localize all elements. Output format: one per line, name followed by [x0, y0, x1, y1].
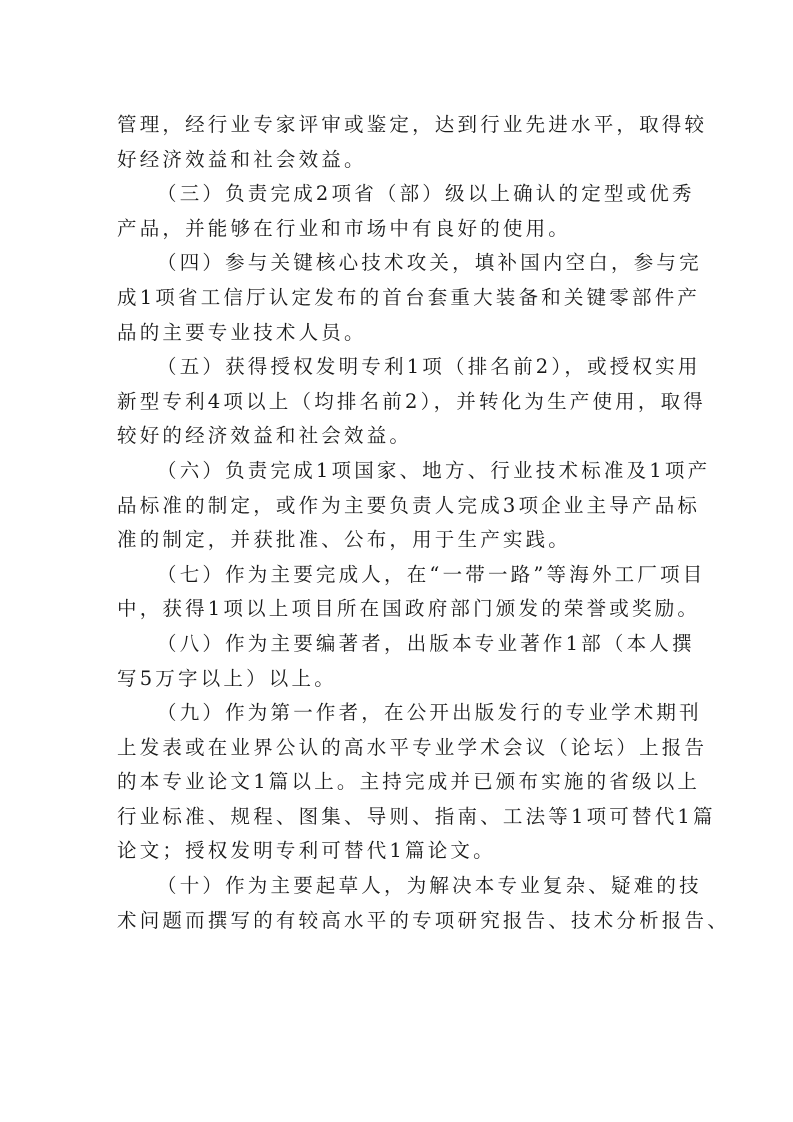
- text-line: 上发表或在业界公认的高水平专业学术会议（论坛）上报告: [117, 731, 677, 766]
- document-body: 管理，经行业专家评审或鉴定，达到行业先进水平，取得较 好经济效益和社会效益。 （…: [117, 108, 677, 938]
- paragraph-item-10: （十）作为主要起草人，为解决本专业复杂、疑难的技 术问题而撰写的有较高水平的专项…: [117, 869, 677, 938]
- text-line: 好经济效益和社会效益。: [117, 143, 677, 178]
- text-line: （四）参与关键核心技术攻关，填补国内空白，参与完: [117, 246, 677, 281]
- text-line: （五）获得授权发明专利1项（排名前2），或授权实用: [117, 350, 677, 385]
- text-line: （十）作为主要起草人，为解决本专业复杂、疑难的技: [117, 869, 677, 904]
- text-line: 术问题而撰写的有较高水平的专项研究报告、技术分析报告、: [117, 904, 677, 939]
- text-line: （七）作为主要完成人，在“一带一路”等海外工厂项目: [117, 558, 677, 593]
- document-page: 管理，经行业专家评审或鉴定，达到行业先进水平，取得较 好经济效益和社会效益。 （…: [0, 0, 793, 1122]
- text-line: （九）作为第一作者，在公开出版发行的专业学术期刊: [117, 696, 677, 731]
- text-line: 较好的经济效益和社会效益。: [117, 419, 677, 454]
- paragraph-item-5: （五）获得授权发明专利1项（排名前2），或授权实用 新型专利4项以上（均排名前2…: [117, 350, 677, 454]
- text-line: （八）作为主要编著者，出版本专业著作1部（本人撰: [117, 627, 677, 662]
- paragraph-item-3: （三）负责完成2项省（部）级以上确认的定型或优秀 产品，并能够在行业和市场中有良…: [117, 177, 677, 246]
- paragraph-item-9: （九）作为第一作者，在公开出版发行的专业学术期刊 上发表或在业界公认的高水平专业…: [117, 696, 677, 869]
- text-line: 的本专业论文1篇以上。主持完成并已颁布实施的省级以上: [117, 765, 677, 800]
- paragraph-item-4: （四）参与关键核心技术攻关，填补国内空白，参与完 成1项省工信厅认定发布的首台套…: [117, 246, 677, 350]
- text-line: 新型专利4项以上（均排名前2），并转化为生产使用，取得: [117, 385, 677, 420]
- text-line: 品标准的制定，或作为主要负责人完成3项企业主导产品标: [117, 489, 677, 524]
- text-line: 写5万字以上）以上。: [117, 662, 677, 697]
- text-line: 中，获得1项以上项目所在国政府部门颁发的荣誉或奖励。: [117, 592, 677, 627]
- text-line: 行业标准、规程、图集、导则、指南、工法等1项可替代1篇: [117, 800, 677, 835]
- paragraph-item-7: （七）作为主要完成人，在“一带一路”等海外工厂项目 中，获得1项以上项目所在国政…: [117, 558, 677, 627]
- paragraph-item-6: （六）负责完成1项国家、地方、行业技术标准及1项产 品标准的制定，或作为主要负责…: [117, 454, 677, 558]
- text-line: （六）负责完成1项国家、地方、行业技术标准及1项产: [117, 454, 677, 489]
- text-line: 产品，并能够在行业和市场中有良好的使用。: [117, 212, 677, 247]
- text-line: 品的主要专业技术人员。: [117, 316, 677, 351]
- text-line: （三）负责完成2项省（部）级以上确认的定型或优秀: [117, 177, 677, 212]
- text-line: 管理，经行业专家评审或鉴定，达到行业先进水平，取得较: [117, 108, 677, 143]
- text-line: 论文；授权发明专利可替代1篇论文。: [117, 834, 677, 869]
- text-line: 准的制定，并获批准、公布，用于生产实践。: [117, 523, 677, 558]
- paragraph-continuation: 管理，经行业专家评审或鉴定，达到行业先进水平，取得较 好经济效益和社会效益。: [117, 108, 677, 177]
- text-line: 成1项省工信厅认定发布的首台套重大装备和关键零部件产: [117, 281, 677, 316]
- paragraph-item-8: （八）作为主要编著者，出版本专业著作1部（本人撰 写5万字以上）以上。: [117, 627, 677, 696]
